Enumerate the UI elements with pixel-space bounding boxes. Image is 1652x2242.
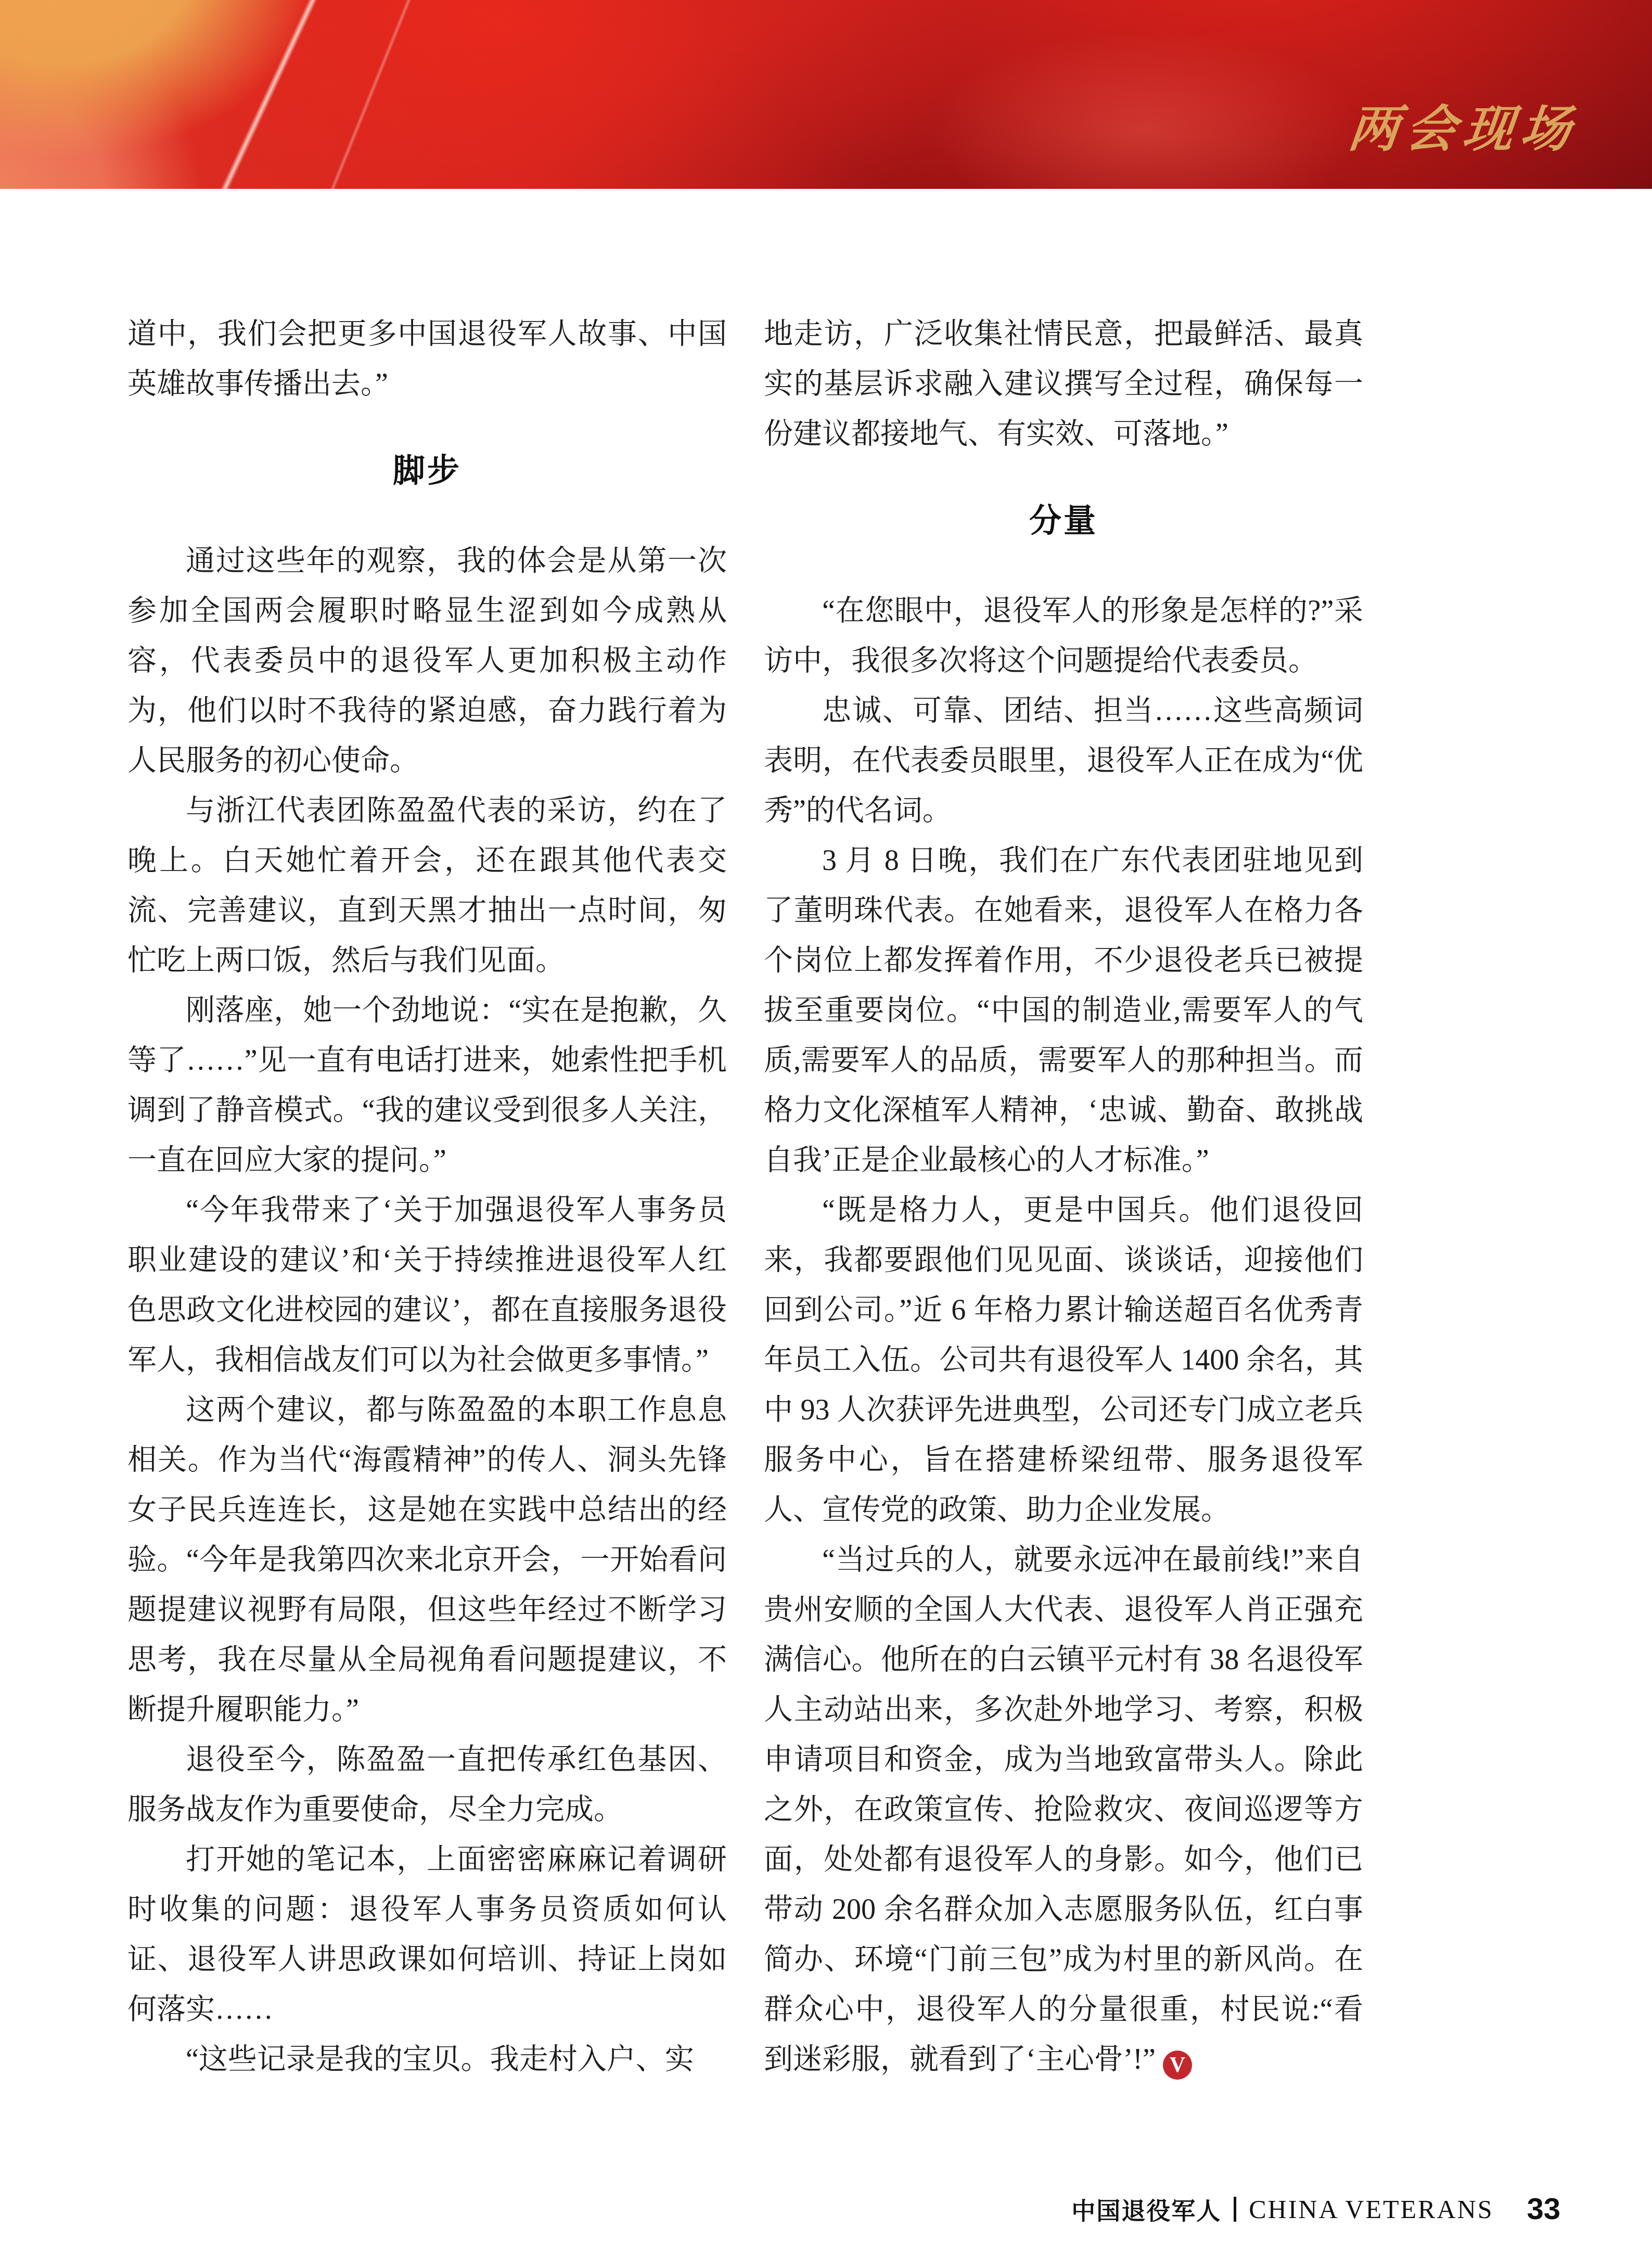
paragraph: “今年我带来了‘关于加强退役军人事务员职业建设的建议’和‘关于持续推进退役军人红… [127,1185,727,1385]
paragraph: 通过这些年的观察，我的体会是从第一次参加全国两会履职时略显生涩到如今成熟从容，代… [127,536,727,786]
section-heading-footsteps: 脚步 [127,446,727,496]
paragraph: “既是格力人，更是中国兵。他们退役回来，我都要跟他们见见面、谈谈话，迎接他们回到… [764,1185,1363,1535]
footer-divider [1234,2197,1236,2222]
page-footer: 中国退役军人 CHINA VETERANS 33 [1071,2192,1560,2226]
magazine-name-cn: 中国退役军人 [1071,2192,1221,2226]
end-of-article-letter: V [1170,2053,1185,2077]
paragraph: “在您眼中，退役军人的形象是怎样的?”采访中，我很多次将这个问题提给代表委员。 [764,586,1363,686]
page-banner: 两会现场 [0,0,1652,189]
paragraph-text: “当过兵的人，就要永远冲在最前线!”来自贵州安顺的全国人大代表、退役军人肖正强充… [764,1544,1363,2076]
end-of-article-badge: V [1163,2051,1192,2080]
paragraph: “当过兵的人，就要永远冲在最前线!”来自贵州安顺的全国人大代表、退役军人肖正强充… [764,1535,1363,2084]
paragraph: 刚落座，她一个劲地说：“实在是抱歉，久等了……”见一直有电话打进来，她索性把手机… [127,985,727,1185]
paragraph: 3 月 8 日晚，我们在广东代表团驻地见到了董明珠代表。在她看来，退役军人在格力… [764,836,1363,1185]
paragraph: “这些记录是我的宝贝。我走村入户、实 [127,2034,727,2084]
paragraph: 与浙江代表团陈盈盈代表的采访，约在了晚上。白天她忙着开会，还在跟其他代表交流、完… [127,786,727,985]
paragraph: 忠诚、可靠、团结、担当……这些高频词表明，在代表委员眼里，退役军人正在成为“优秀… [764,686,1363,836]
section-heading-weight: 分量 [764,496,1363,546]
page-number: 33 [1527,2192,1560,2226]
paragraph: 这两个建议，都与陈盈盈的本职工作息息相关。作为当代“海霞精神”的传人、洞头先锋女… [127,1385,727,1735]
banner-silk-fold-highlight [317,0,416,189]
banner-silk-fold-highlight [199,0,329,189]
magazine-name-en: CHINA VETERANS [1249,2194,1493,2224]
banner-silk-sheen [911,21,1379,189]
paragraph-continuation: 道中，我们会把更多中国退役军人故事、中国英雄故事传播出去。” [127,309,727,409]
paragraph-continuation: 地走访，广泛收集社情民意，把最鲜活、最真实的基层诉求融入建议撰写全过程，确保每一… [764,309,1363,459]
paragraph: 打开她的笔记本，上面密密麻麻记着调研时收集的问题：退役军人事务员资质如何认证、退… [127,1835,727,2034]
left-column: 道中，我们会把更多中国退役军人故事、中国英雄故事传播出去。” 脚步 通过这些年的… [127,309,727,2084]
paragraph: 退役至今，陈盈盈一直把传承红色基因、服务战友作为重要使命，尽全力完成。 [127,1735,727,1835]
right-column: 地走访，广泛收集社情民意，把最鲜活、最真实的基层诉求融入建议撰写全过程，确保每一… [764,309,1363,2084]
section-title: 两会现场 [1346,89,1582,161]
